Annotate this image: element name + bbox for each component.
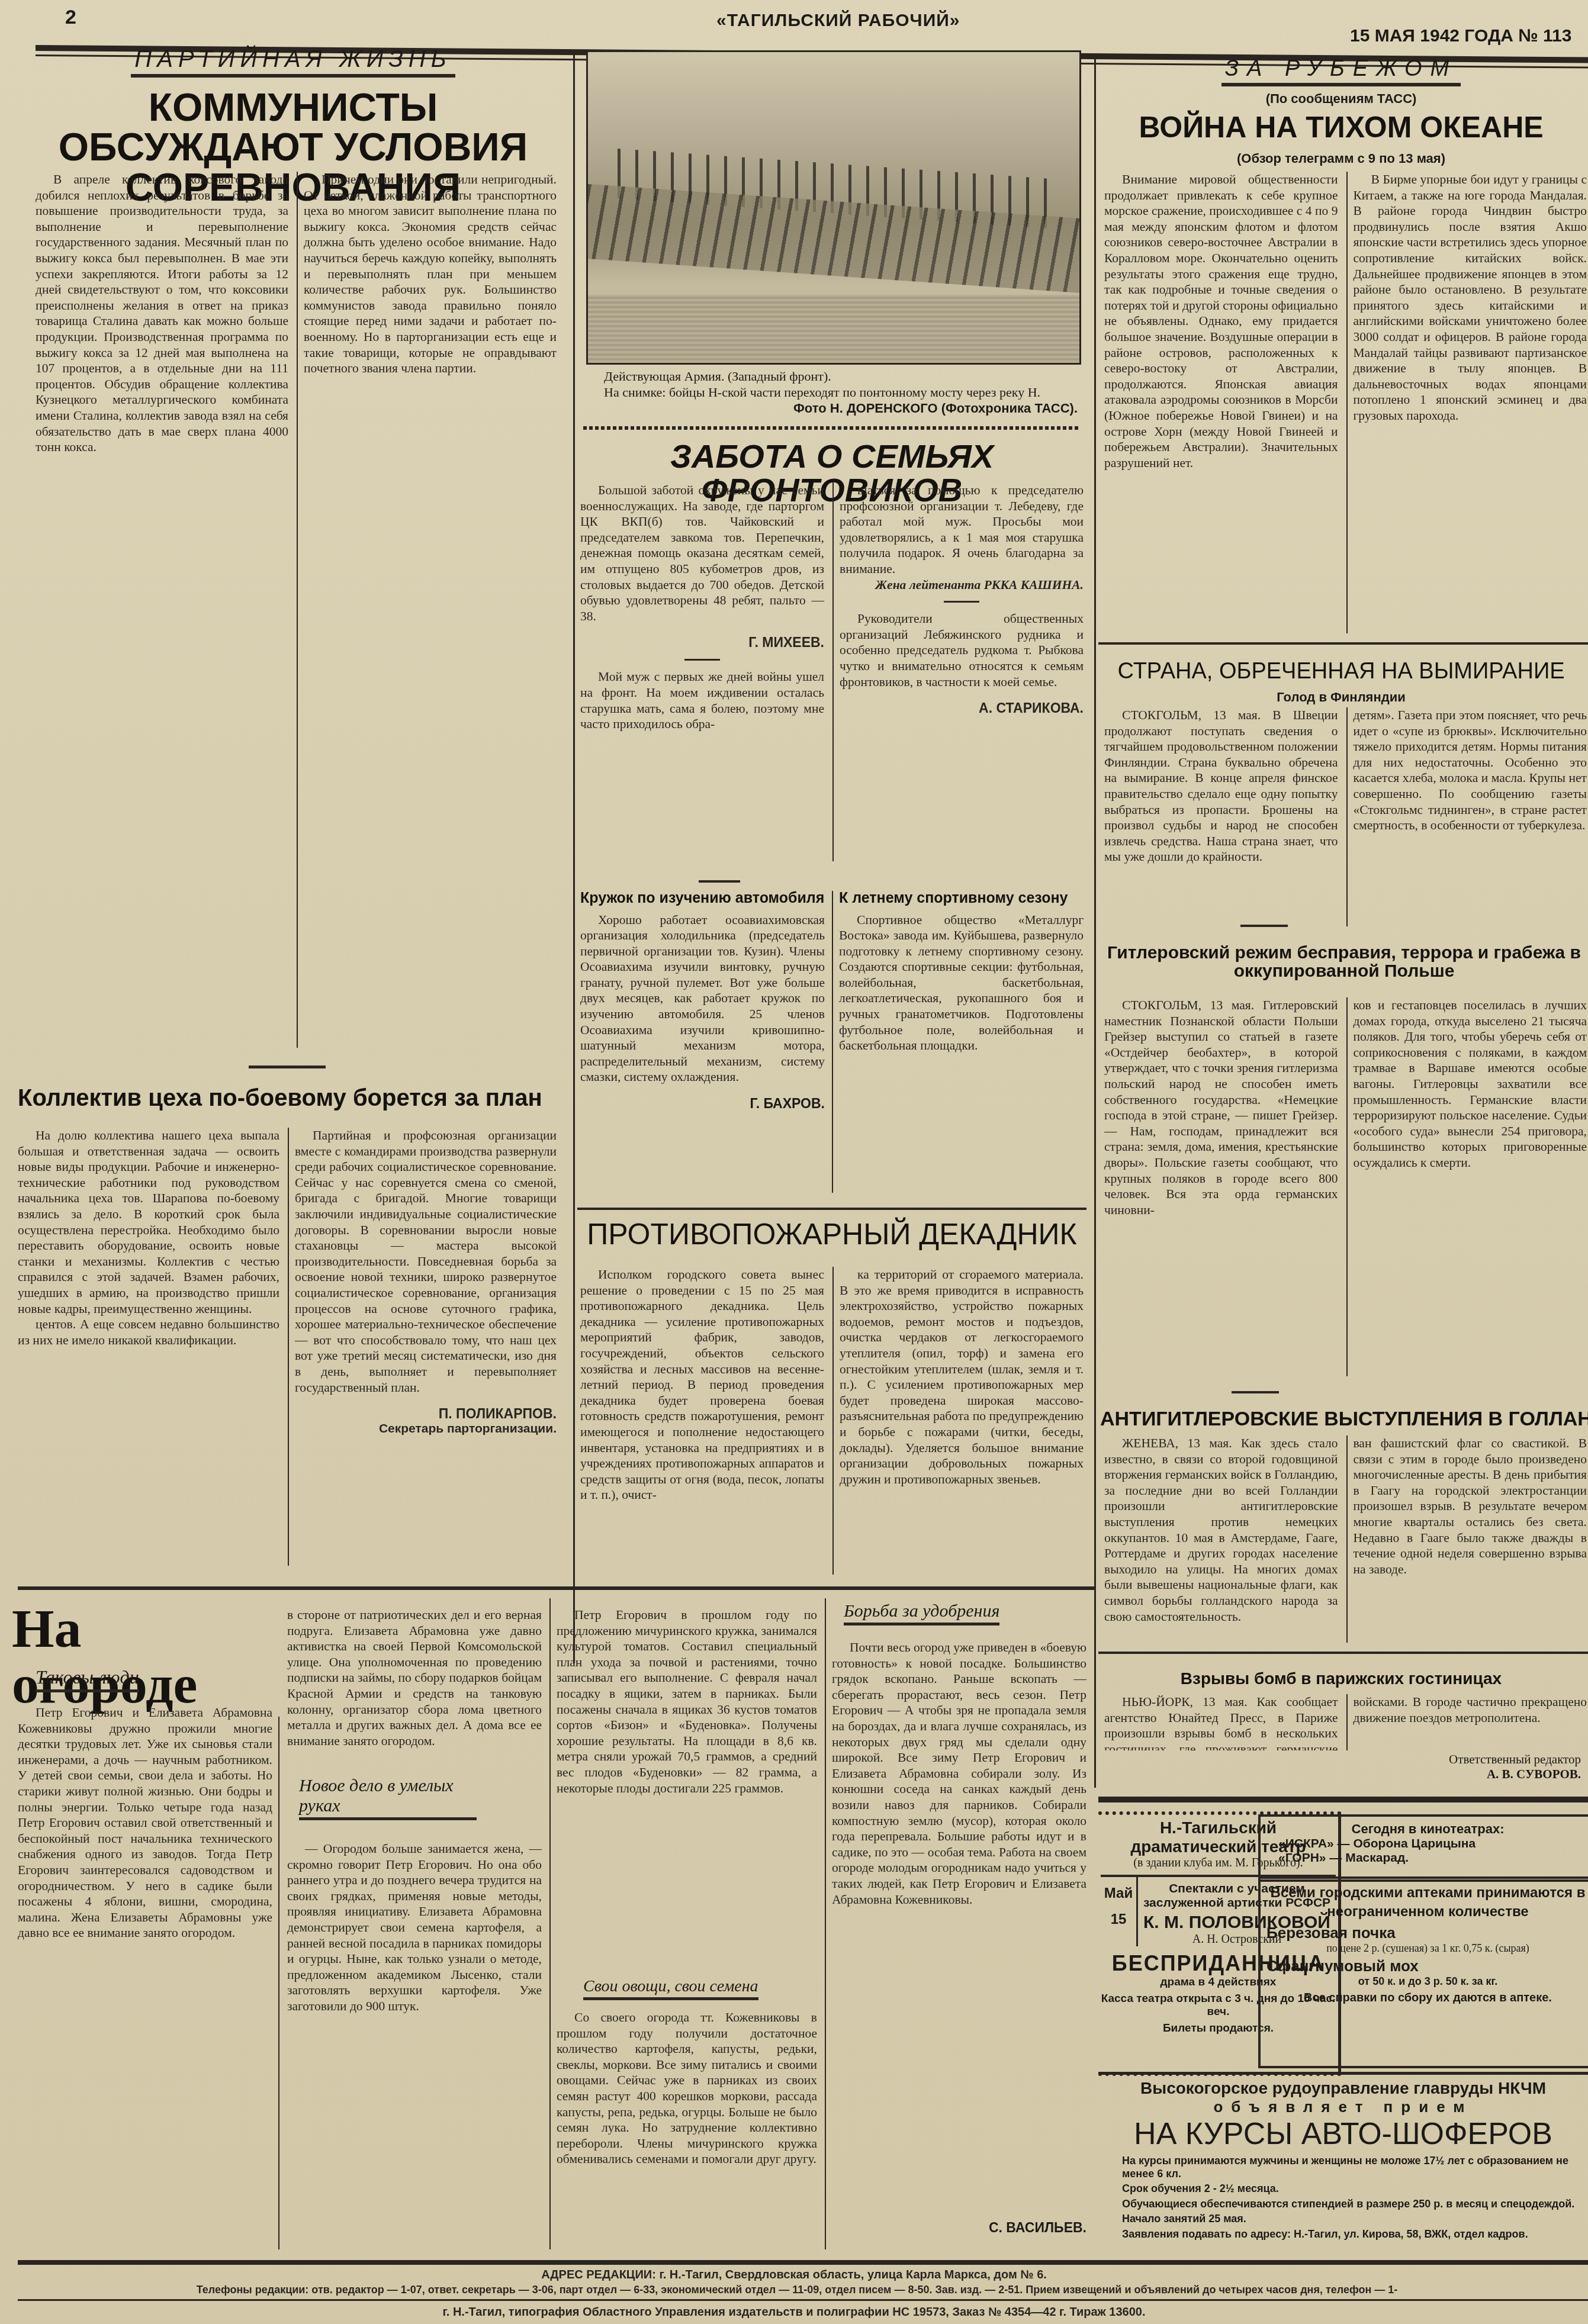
- section-divider: [1098, 642, 1588, 645]
- ad-pharmacy: Всеми городскими аптеками принимаются в …: [1258, 1876, 1588, 2068]
- headline-poland: Гитлеровский режим бесправия, террора и …: [1101, 944, 1587, 980]
- cinema-iskra: «ИСКРА» — Оборона Царицына: [1266, 1837, 1588, 1851]
- photo-pontoon-bridge: [586, 50, 1081, 365]
- signature: П. ПОЛИКАРПОВ.: [295, 1406, 557, 1422]
- headline-shop-collective: Коллектив цеха по-боевому борется за пла…: [18, 1086, 562, 1111]
- article-garden-col4: Почти весь огород уже приведен в «боевую…: [832, 1640, 1086, 2208]
- photo-credit: Фото Н. ДОРЕНСКОГО (Фотохроника ТАСС).: [586, 400, 1078, 416]
- separator: [1240, 925, 1288, 927]
- article-column: В апреле коллектив коксового завода доби…: [36, 172, 288, 1048]
- signature: Г. БАХРОВ.: [580, 1096, 825, 1112]
- courses-org: Высокогорское рудоуправление главруды НК…: [1098, 2079, 1588, 2098]
- item-birch-buds: Березовая почка: [1266, 1924, 1588, 1942]
- separator: [1232, 1391, 1279, 1393]
- short-notes: Кружок по изучению автомобиля Хорошо раб…: [580, 891, 1084, 1193]
- article-auto-club: Кружок по изучению автомобиля Хорошо раб…: [580, 891, 825, 1193]
- headline-auto-club: Кружок по изучению автомобиля: [580, 891, 825, 906]
- section-divider: [1098, 1652, 1588, 1654]
- headline-summer-sport: К летнему спортивному сезону: [839, 891, 1084, 906]
- item-sphagnum-moss: Сфангнумовый мох: [1266, 1957, 1588, 1975]
- article-holland: ЖЕНЕВА, 13 мая. Как здесь стало известно…: [1104, 1435, 1587, 1643]
- rubric-party-life: ПАРТИЙНАЯ ЖИЗНЬ: [131, 46, 455, 78]
- article-column: щаться за помощью к председателю профсою…: [832, 482, 1084, 861]
- headline-paris: Взрывы бомб в парижских гостиницах: [1101, 1670, 1581, 1688]
- article-garden-col1: Петр Егорович и Елизавета Абрамовна Коже…: [18, 1705, 272, 2238]
- article-garden-col3a: Петр Егорович в прошлом году по предложе…: [557, 1607, 817, 1986]
- ad-section-rule: [1098, 1797, 1588, 1802]
- article-shop-collective: На долю коллектива нашего цеха выпала бо…: [18, 1128, 557, 1566]
- courses-title: НА КУРСЫ АВТО-ШОФЕРОВ: [1098, 2116, 1588, 2152]
- party-life-section: ПАРТИЙНАЯ ЖИЗНЬ: [24, 46, 562, 78]
- separator: [699, 880, 740, 883]
- subhead-pacific: (Обзор телеграмм с 9 по 13 мая): [1101, 151, 1581, 166]
- signature-role: Секретарь парторганизации.: [295, 1422, 557, 1436]
- article-column: Причем одни они поставили непригодный. О…: [297, 172, 557, 1048]
- rubric-abroad: ЗА РУБЕЖОМ: [1221, 56, 1461, 86]
- footer-rule-thin: [18, 2299, 1588, 2301]
- caption-text: На снимке: бойцы Н-ской части переходят …: [586, 384, 1078, 400]
- article-garden-col3b: Со своего огорода тт. Кожевниковы в прош…: [557, 2010, 817, 2246]
- section-divider: [18, 1586, 1094, 1590]
- article-column: Большой заботой окружены у нас семьи вое…: [580, 482, 824, 861]
- footer-printer: г. Н.-Тагил, типография Областного Управ…: [0, 2306, 1588, 2319]
- article-fire-decade: Исполком городского совета вынес решение…: [580, 1267, 1084, 1575]
- subhead-fertilizers: Борьба за удобрения: [844, 1601, 999, 1625]
- column-divider: [825, 1598, 826, 2249]
- newspaper-title: «ТАГИЛЬСКИЙ РАБОЧИЙ»: [716, 11, 960, 31]
- box-rule: [577, 1208, 1086, 1210]
- editor-role: Ответственный редактор: [1303, 1752, 1581, 1767]
- headline-holland: АНТИГИТЛЕРОВСКИЕ ВЫСТУПЛЕНИЯ В ГОЛЛАНДИИ: [1100, 1409, 1588, 1430]
- headline-garden: На огороде: [12, 1601, 278, 1713]
- subhead-finland: Голод в Финляндии: [1101, 690, 1581, 705]
- article-column: На долю коллектива нашего цеха выпала бо…: [18, 1128, 279, 1566]
- photo-caption: Действующая Армия. (Западный фронт). На …: [586, 368, 1078, 416]
- subhead-new-work: Новое дело в умелых руках: [299, 1776, 477, 1820]
- article-column: Исполком городского совета вынес решение…: [580, 1267, 824, 1575]
- footer-address: АДРЕС РЕДАКЦИИ: г. Н.-Тагил, Свердловска…: [0, 2268, 1588, 2282]
- headline-pacific: ВОЙНА НА ТИХОМ ОКЕАНЕ: [1101, 112, 1581, 143]
- article-poland: СТОКГОЛЬМ, 13 мая. Гитлеровский наместни…: [1104, 997, 1587, 1376]
- footer-rule: [18, 2260, 1588, 2265]
- article-families: Большой заботой окружены у нас семьи вое…: [580, 482, 1084, 861]
- article-finland: СТОКГОЛЬМ, 13 мая. В Швеции продолжают п…: [1104, 707, 1587, 926]
- column-divider: [278, 1717, 279, 2249]
- wavy-rule: [583, 426, 1081, 430]
- newspaper-page: 2 «ТАГИЛЬСКИЙ РАБОЧИЙ» 15 МАЯ 1942 ГОДА …: [0, 0, 1588, 2324]
- ad-rule: [1098, 2072, 1588, 2075]
- subhead-such-people: Таковы люди: [36, 1666, 139, 1692]
- headline-fire-decade: ПРОТИВОПОЖАРНЫЙ ДЕКАДНИК: [580, 1219, 1084, 1250]
- caption-title: Действующая Армия. (Западный фронт).: [586, 368, 1078, 384]
- column-divider: [549, 1598, 551, 2249]
- page-number: 2: [65, 6, 76, 29]
- article-column: ка территорий от сгораемого материала. В…: [832, 1267, 1084, 1575]
- source-tass: (По сообщениям ТАСС): [1101, 91, 1581, 107]
- signature: Жена лейтенанта РККА КАШИНА.: [840, 577, 1084, 593]
- column-divider: [1094, 59, 1096, 1788]
- signature: А. СТАРИКОВА.: [840, 700, 1084, 716]
- abroad-section: ЗА РУБЕЖОМ (По сообщениям ТАСС): [1101, 56, 1581, 107]
- editor-name: А. В. СУВОРОВ.: [1303, 1767, 1581, 1782]
- footer-phones: Телефоны редакции: отв. редактор — 1-07,…: [6, 2284, 1588, 2296]
- article-communists: В апреле коллектив коксового завода доби…: [36, 172, 557, 1048]
- cinema-gorn: «ГОРН» — Маскарад.: [1266, 1851, 1588, 1865]
- signature: Г. МИХЕЕВ.: [580, 635, 824, 651]
- article-garden-col2b: — Огородом больше занимается жена, — скр…: [287, 1841, 542, 2243]
- editor-block: Ответственный редактор А. В. СУВОРОВ.: [1303, 1752, 1581, 1782]
- signature: С. ВАСИЛЬЕВ.: [832, 2220, 1086, 2236]
- article-paris: НЬЮ-ЙОРК, 13 мая. Как сообщает агентство…: [1104, 1694, 1587, 1750]
- ad-driver-courses: Высокогорское рудоуправление главруды НК…: [1098, 2079, 1588, 2241]
- separator: [249, 1066, 326, 1068]
- theatre-date: Май 15: [1101, 1877, 1138, 1946]
- issue-date: 15 МАЯ 1942 ГОДА № 113: [1350, 26, 1571, 46]
- headline-finland: СТРАНА, ОБРЕЧЕННАЯ НА ВЫМИРАНИЕ: [1101, 660, 1581, 683]
- subhead-own-vegetables: Свои овощи, свои семена: [583, 1977, 758, 2000]
- article-summer-sport: К летнему спортивному сезону Спортивное …: [832, 891, 1084, 1193]
- column-divider: [573, 53, 575, 1663]
- ad-cinema: Сегодня в кинотеатрах: «ИСКРА» — Оборона…: [1258, 1814, 1588, 1882]
- article-garden-col2a: в стороне от патриотических дел и его ве…: [287, 1607, 542, 1749]
- article-column: Партийная и профсоюзная организации вмес…: [288, 1128, 557, 1566]
- article-pacific: Внимание мировой общественности продолжа…: [1104, 172, 1587, 633]
